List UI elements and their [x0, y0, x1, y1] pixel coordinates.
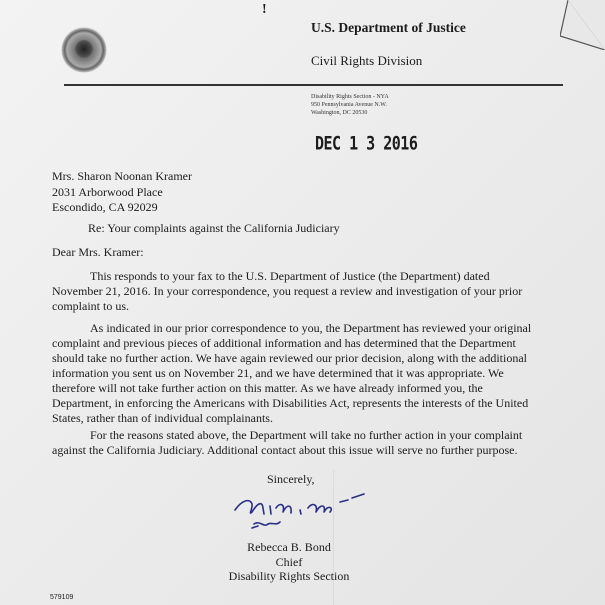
- body-line: against the California Judiciary. Additi…: [52, 443, 552, 458]
- division-name: Civil Rights Division: [311, 53, 422, 69]
- body-line: information you sent us on November 21, …: [52, 366, 552, 381]
- doj-seal-icon: [62, 28, 106, 72]
- document-number: 579109: [50, 594, 73, 601]
- page-crease: [333, 470, 334, 605]
- body-line: complaint and previous pieces of additio…: [52, 336, 552, 351]
- body-line: complaint to us.: [52, 299, 552, 314]
- body-paragraph: As indicated in our prior correspondence…: [52, 321, 552, 426]
- page-curl-icon: [560, 0, 605, 50]
- sender-address: Disability Rights Section - NYA 950 Penn…: [311, 93, 389, 117]
- signer-block: Rebecca B. Bond Chief Disability Rights …: [222, 540, 356, 584]
- signer-title: Chief: [222, 555, 356, 570]
- signer-name: Rebecca B. Bond: [222, 540, 356, 555]
- recipient-line: 2031 Arborwood Place: [52, 185, 192, 201]
- handwritten-signature-icon: [230, 488, 380, 538]
- body-paragraph: For the reasons stated above, the Depart…: [52, 428, 552, 458]
- subject-line: Re: Your complaints against the Californ…: [88, 221, 340, 236]
- letter-page: ! U.S. Department of Justice Civil Right…: [0, 0, 605, 605]
- body-paragraph: This responds to your fax to the U.S. De…: [52, 269, 552, 314]
- department-name: U.S. Department of Justice: [311, 20, 466, 36]
- body-line: should take no further action. We have a…: [52, 351, 552, 366]
- exclamation-mark: !: [262, 2, 267, 18]
- body-line: November 21, 2016. In your correspondenc…: [52, 284, 552, 299]
- body-line: States, rather than of individual compla…: [52, 411, 552, 426]
- recipient-line: Escondido, CA 92029: [52, 200, 192, 216]
- recipient-address: Mrs. Sharon Noonan Kramer 2031 Arborwood…: [52, 169, 192, 216]
- body-line: For the reasons stated above, the Depart…: [52, 428, 552, 443]
- sender-address-line: Washington, DC 20530: [311, 109, 389, 117]
- sender-address-line: Disability Rights Section - NYA: [311, 93, 389, 101]
- sender-address-line: 950 Pennsylvania Avenue N.W.: [311, 101, 389, 109]
- body-line: As indicated in our prior correspondence…: [52, 321, 552, 336]
- date-stamp: DEC 1 3 2016: [315, 132, 417, 155]
- salutation: Dear Mrs. Kramer:: [52, 245, 144, 260]
- signer-section: Disability Rights Section: [222, 569, 356, 584]
- recipient-line: Mrs. Sharon Noonan Kramer: [52, 169, 192, 185]
- body-line: This responds to your fax to the U.S. De…: [52, 269, 552, 284]
- header-divider: [64, 84, 563, 86]
- closing: Sincerely,: [267, 472, 315, 487]
- body-line: Department, in enforcing the Americans w…: [52, 396, 552, 411]
- body-line: therefore will not take further action o…: [52, 381, 552, 396]
